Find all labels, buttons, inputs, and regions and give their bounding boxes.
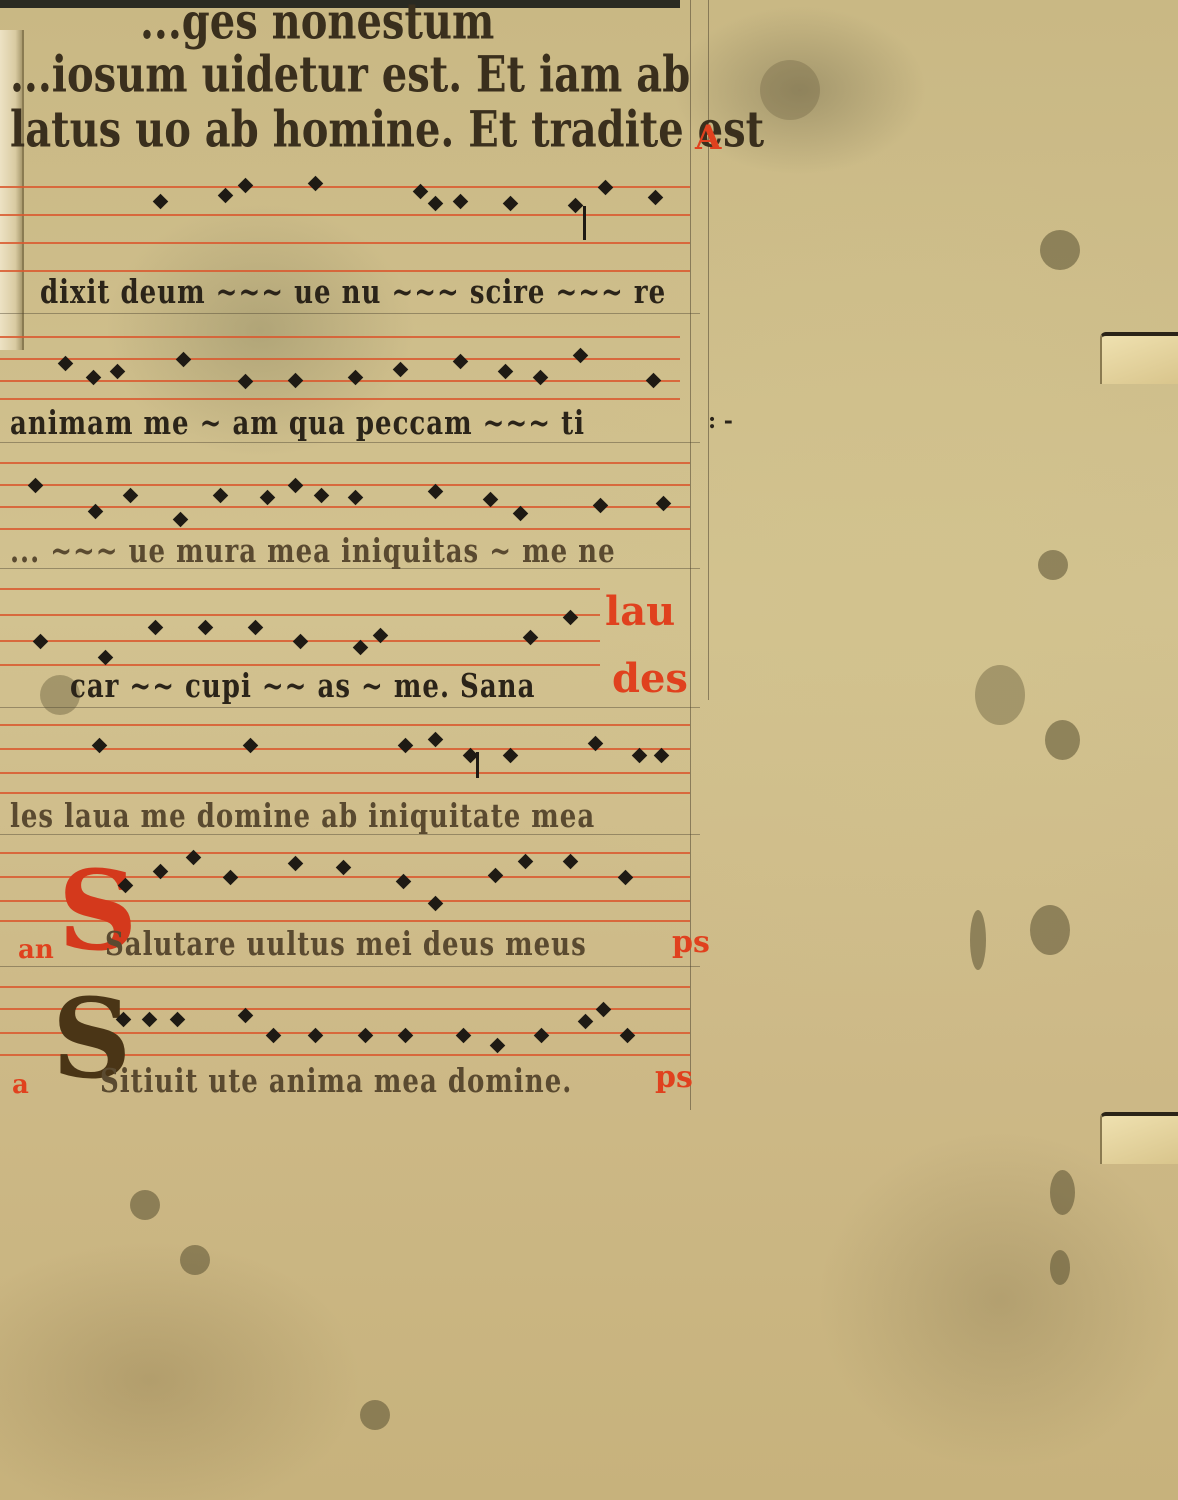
staff-line	[0, 664, 600, 666]
binding-tab-upper	[1100, 332, 1178, 384]
rubric-psalm-1: ps	[672, 925, 710, 960]
margin-marks: : -	[708, 408, 733, 434]
rubric-lau: lau	[605, 588, 675, 635]
rubric-antiphon-2: a	[12, 1070, 29, 1100]
stain	[970, 910, 986, 970]
lyrics-line-2: animam me ~ am qua peccam ~~~ ti	[10, 405, 690, 443]
staff-line	[0, 614, 600, 616]
neume-stem	[583, 206, 586, 240]
neume-stem	[476, 752, 479, 778]
rubric-antiphon: an	[18, 935, 54, 965]
header-line-2: ...iosum uidetur est. Et iam ab	[10, 45, 690, 104]
text-guide	[0, 568, 700, 569]
stain	[760, 60, 820, 120]
stain	[130, 1190, 160, 1220]
stain	[360, 1400, 390, 1430]
stain	[1030, 905, 1070, 955]
staff-line	[0, 336, 680, 338]
text-guide	[0, 966, 700, 967]
staff-line	[0, 214, 690, 216]
staff-line	[0, 588, 600, 590]
staff-line	[0, 484, 690, 486]
lyrics-line-3: ... ~~~ ue mura mea iniquitas ~ me ne	[10, 533, 690, 571]
text-guide	[0, 313, 700, 314]
stain	[1045, 720, 1080, 760]
rubric-psalm-2: ps	[655, 1060, 693, 1095]
lyrics-line-5: les laua me domine ab iniquitate mea	[10, 798, 690, 836]
parchment-background	[0, 0, 1178, 1500]
lyrics-line-1: dixit deum ~~~ ue nu ~~~ scire ~~~ re	[40, 274, 720, 312]
staff-line	[0, 772, 690, 774]
stain	[1050, 1170, 1075, 1215]
text-guide	[0, 707, 700, 708]
staff-line	[0, 242, 690, 244]
staff-line	[0, 186, 690, 188]
rubric-des: des	[612, 655, 688, 702]
staff-line	[0, 506, 690, 508]
rubric-initial-top: A	[695, 118, 721, 158]
staff-line	[0, 398, 680, 400]
staff-line	[0, 724, 690, 726]
header-line-3: latus uo ab homine. Et tradite est	[10, 100, 690, 159]
binding-tab-lower	[1100, 1112, 1178, 1164]
staff-line	[0, 270, 690, 272]
header-line-1: ...ges nonestum	[140, 0, 820, 51]
stain	[1050, 1250, 1070, 1285]
text-guide	[0, 834, 700, 835]
stain	[1038, 550, 1068, 580]
stain	[180, 1245, 210, 1275]
staff-line	[0, 528, 690, 530]
staff-line	[0, 462, 690, 464]
staff-line	[0, 792, 690, 794]
stain	[975, 665, 1025, 725]
staff-line	[0, 380, 680, 382]
text-guide	[0, 442, 700, 443]
stain	[1040, 230, 1080, 270]
